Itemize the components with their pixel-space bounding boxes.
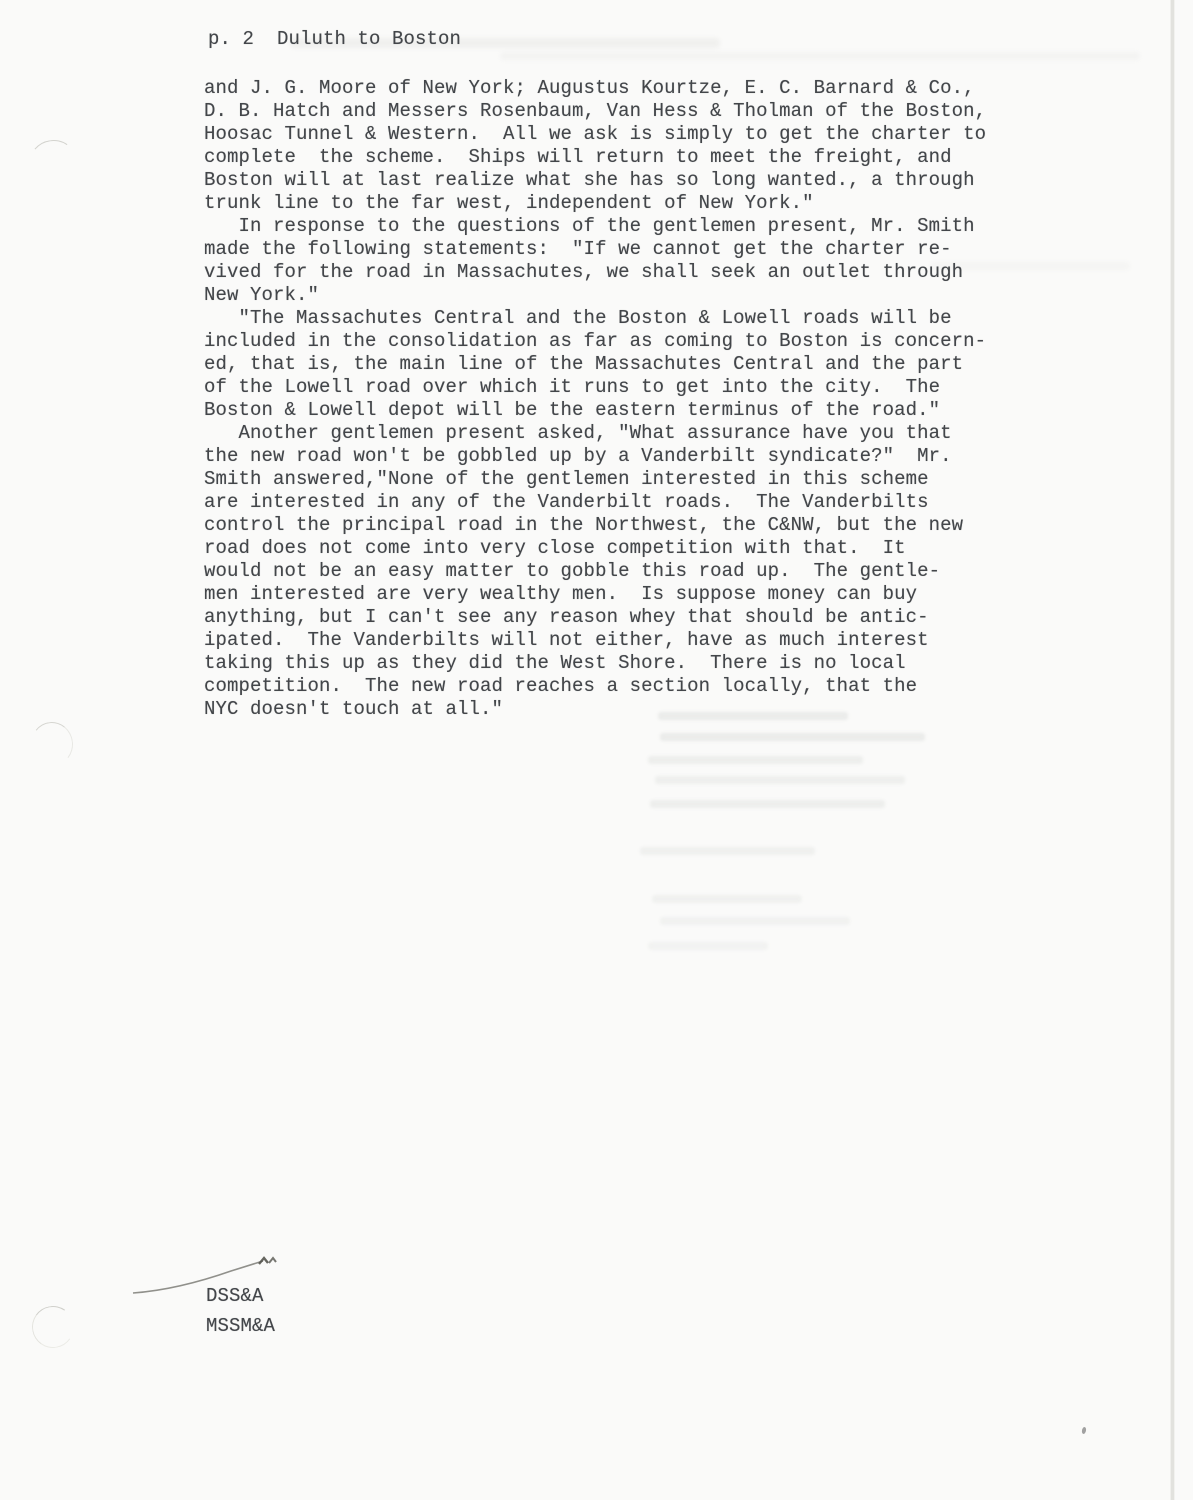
- bleed-through-text: [648, 756, 863, 764]
- paragraph-3: "The Massachutes Central and the Boston …: [204, 307, 986, 422]
- bleed-through-text: [660, 917, 850, 925]
- bleed-through-text: [648, 942, 768, 950]
- railroad-initials-stamp: DSS&A MSSM&A: [206, 1281, 275, 1341]
- paragraph-2: In response to the questions of the gent…: [204, 215, 986, 307]
- bleed-through-text: [660, 733, 925, 741]
- pencil-arc-artifact-middle: [29, 720, 75, 768]
- stamp-dssa: DSS&A: [206, 1285, 264, 1307]
- scanned-document-page: p. 2 Duluth to Boston and J. G. Moore of…: [0, 0, 1193, 1500]
- pencil-circle-artifact-bottom: [29, 1303, 78, 1352]
- pencil-arc-artifact-top: [27, 137, 78, 185]
- toner-smudge: [500, 52, 1140, 60]
- page-header: p. 2 Duluth to Boston: [208, 28, 461, 51]
- ink-speck: [1081, 1427, 1086, 1435]
- stamp-mssma: MSSM&A: [206, 1311, 275, 1341]
- paragraph-4: Another gentlemen present asked, "What a…: [204, 422, 986, 721]
- scan-edge-line: [1171, 0, 1174, 1500]
- bleed-through-text: [655, 776, 905, 784]
- bleed-through-text: [650, 800, 885, 808]
- paragraph-1: and J. G. Moore of New York; Augustus Ko…: [204, 77, 986, 215]
- bleed-through-text: [652, 895, 802, 903]
- bleed-through-text: [640, 847, 815, 855]
- document-body: and J. G. Moore of New York; Augustus Ko…: [204, 77, 986, 721]
